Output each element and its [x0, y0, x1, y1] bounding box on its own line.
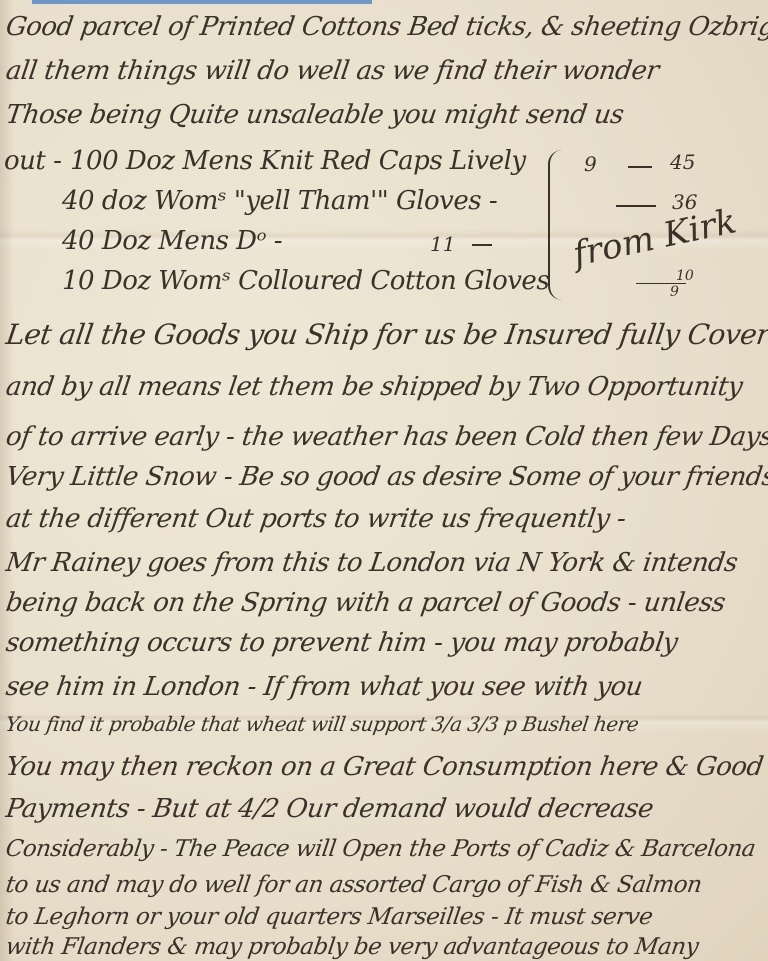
order-dash [616, 205, 656, 207]
order-item-price: 45 [670, 150, 695, 174]
letter-line: You may then reckon on a Great Consumpti… [4, 752, 765, 782]
letter-line: of to arrive early - the weather has bee… [4, 422, 768, 452]
order-item: 10 Doz Womˢ Colloured Cotton Gloves [62, 266, 549, 296]
letter-line: being back on the Spring with a parcel o… [4, 588, 727, 618]
fraction-top: 10 [676, 268, 694, 284]
letter-line: all them things will do well as we find … [4, 56, 660, 86]
order-item: 40 doz Womˢ "yell Tham'" Gloves - [62, 186, 497, 216]
order-item-qty-note: 9 [584, 152, 597, 176]
letter-line: Mr Rainey goes from this to London via N… [4, 548, 739, 578]
letter-line: and by all means let them be shipped by … [4, 372, 744, 402]
order-lead-in: out - [4, 146, 61, 176]
letter-line: Those being Quite unsaleable you might s… [4, 100, 625, 130]
letter-line: Very Little Snow - Be so good as desire … [4, 462, 768, 492]
letter-line: at the different Out ports to write us f… [4, 504, 627, 534]
order-dash [472, 244, 492, 246]
letter-line: Let all the Goods you Ship for us be Ins… [4, 318, 768, 351]
letter-line: something occurs to prevent him - you ma… [4, 628, 679, 658]
letter-line: see him in London - If from what you see… [4, 672, 644, 702]
letter-line: with Flanders & may probably be very adv… [4, 934, 700, 960]
letter-line: Payments - But at 4/2 Our demand would d… [4, 794, 655, 824]
order-item: 100 Doz Mens Knit Red Caps Lively [70, 146, 526, 176]
order-dash [628, 166, 652, 168]
order-item: 40 Doz Mens Dᵒ - [62, 226, 282, 256]
letter-line: to Leghorn or your old quarters Marseill… [4, 904, 654, 930]
letter-line: to us and may do well for an assorted Ca… [4, 872, 703, 898]
scan-edge-strip [32, 0, 372, 4]
order-item-qty-note: 11 [430, 232, 455, 256]
order-bracket [548, 150, 570, 300]
letter-line: Considerably - The Peace will Open the P… [4, 836, 757, 862]
letter-line: You find it probable that wheat will sup… [4, 712, 640, 736]
fraction-bottom: 9 [670, 284, 679, 300]
letter-line: Good parcel of Printed Cottons Bed ticks… [4, 12, 768, 42]
